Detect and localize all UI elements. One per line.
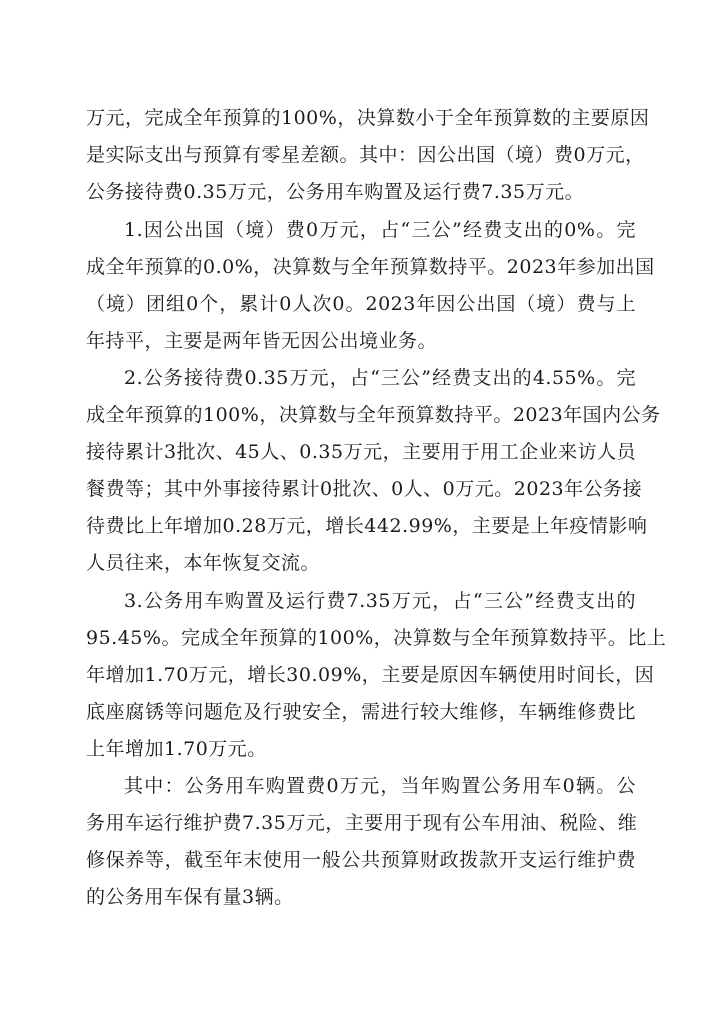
paragraph-line: 2.公务接待费0.35万元，占“三公”经费支出的4.55%。完 [124, 360, 636, 397]
paragraph-line: 年持平，主要是两年皆无因公出境业务。 [86, 323, 636, 360]
paragraph-line: （境）团组0个，累计0人次0。2023年因公出国（境）费与上 [86, 286, 636, 323]
paragraph-line: 底座腐锈等问题危及行驶安全，需进行较大维修，车辆维修费比 [86, 694, 636, 731]
paragraph-line: 待费比上年增加0.28万元，增长442.99%，主要是上年疫情影响 [86, 508, 636, 545]
paragraph-line: 修保养等，截至年末使用一般公共预算财政拨款开支运行维护费 [86, 842, 636, 879]
paragraph-line: 上年增加1.70万元。 [86, 731, 636, 768]
paragraph-line: 的公务用车保有量3辆。 [86, 879, 636, 916]
paragraph-line: 务用车运行维护费7.35万元，主要用于现有公车用油、税险、维 [86, 805, 636, 842]
paragraph-line: 公务接待费0.35万元，公务用车购置及运行费7.35万元。 [86, 174, 636, 211]
paragraph-line: 1.因公出国（境）费0万元，占“三公”经费支出的0%。完 [124, 212, 636, 249]
paragraph-line: 年增加1.70万元，增长30.09%，主要是原因车辆使用时间长，因 [86, 657, 636, 694]
paragraph-line: 万元，完成全年预算的100%，决算数小于全年预算数的主要原因 [86, 100, 636, 137]
document-page: 万元，完成全年预算的100%，决算数小于全年预算数的主要原因 是实际支出与预算有… [0, 0, 724, 1024]
paragraph-line: 人员往来，本年恢复交流。 [86, 545, 636, 582]
paragraph-line: 成全年预算的100%，决算数与全年预算数持平。2023年国内公务 [86, 397, 636, 434]
paragraph-line: 接待累计3批次、45人、0.35万元，主要用于用工企业来访人员 [86, 434, 636, 471]
paragraph-line: 95.45%。完成全年预算的100%，决算数与全年预算数持平。比上 [86, 620, 636, 657]
paragraph-line: 是实际支出与预算有零星差额。其中：因公出国（境）费0万元， [86, 137, 636, 174]
paragraph-line: 其中：公务用车购置费0万元，当年购置公务用车0辆。公 [124, 768, 636, 805]
paragraph-line: 餐费等；其中外事接待累计0批次、0人、0万元。2023年公务接 [86, 471, 636, 508]
paragraph-line: 成全年预算的0.0%，决算数与全年预算数持平。2023年参加出国 [86, 249, 636, 286]
paragraph-line: 3.公务用车购置及运行费7.35万元，占“三公”经费支出的 [124, 583, 636, 620]
